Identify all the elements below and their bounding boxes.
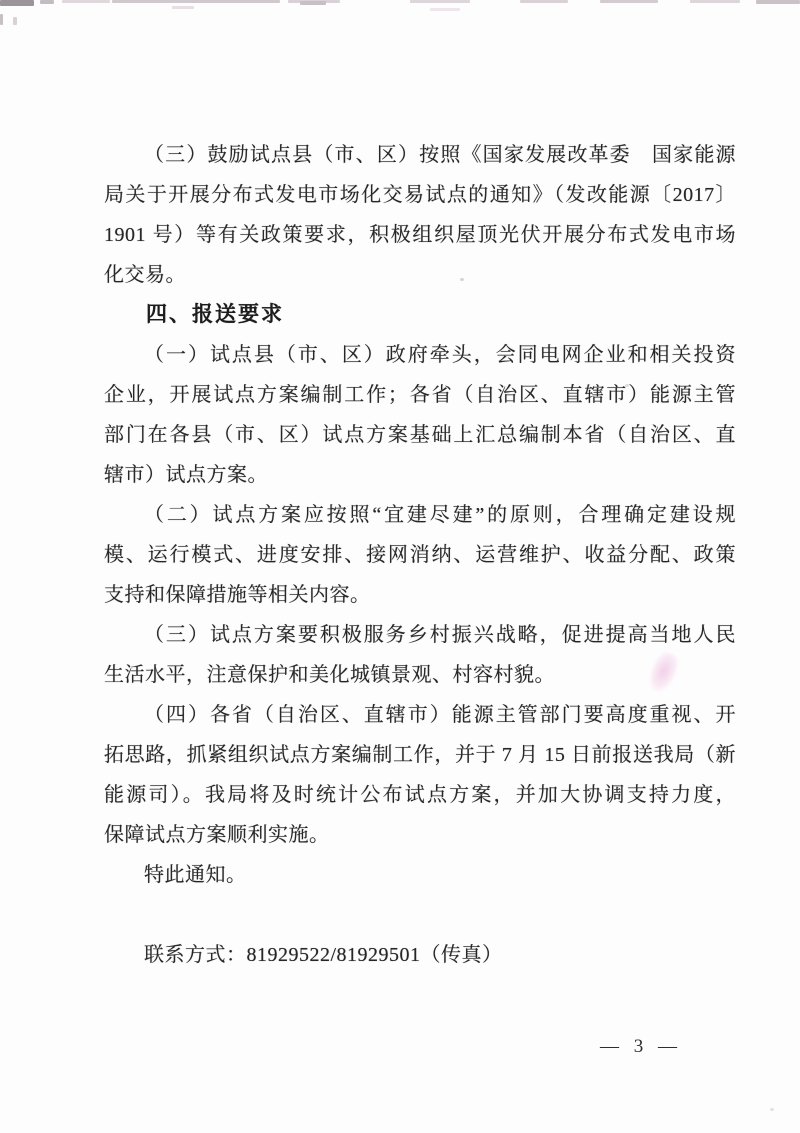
paragraph-item-4-deadline: （四）各省（自治区、直辖市）能源主管部门要高度重视、开 拓思路，抓紧组织试点方案… xyxy=(104,695,736,855)
closing-line: 特此通知。 xyxy=(104,855,736,895)
text-line: （一）试点县（市、区）政府牵头，会同电网企业和相关投资 xyxy=(104,335,736,375)
text-line: 部门在各县（市、区）试点方案基础上汇总编制本省（自治区、直 xyxy=(104,415,736,455)
scan-artifact-dash xyxy=(690,0,740,3)
scan-artifact-dash xyxy=(430,8,460,11)
text-line: 生活水平，注意保护和美化城镇景观、村容村貌。 xyxy=(104,655,736,695)
closing-notice: 特此通知。 xyxy=(104,855,736,895)
text-line: 拓思路，抓紧组织试点方案编制工作，并于 7 月 15 日前报送我局（新 xyxy=(104,735,736,775)
scan-artifact-speck xyxy=(770,1108,774,1111)
text-line: （四）各省（自治区、直辖市）能源主管部门要高度重视、开 xyxy=(104,695,736,735)
scan-artifact-dash xyxy=(288,0,340,3)
page-number: — 3 — xyxy=(600,1036,682,1058)
scan-artifact-dash xyxy=(0,0,34,6)
text-line: （二）试点方案应按照“宜建尽建”的原则，合理确定建设规 xyxy=(104,495,736,535)
scan-artifact-dash xyxy=(172,6,194,9)
section-heading-submission-requirements: 四、报送要求 xyxy=(104,295,736,335)
scan-artifact-dash xyxy=(300,1,326,5)
text-line: （三）鼓励试点县（市、区）按照《国家发展改革委 国家能源 xyxy=(104,135,736,175)
contact-info: 联系方式：81929522/81929501（传真） xyxy=(104,935,736,975)
text-line: 支持和保障措施等相关内容。 xyxy=(104,575,736,615)
scanned-document-page: （三）鼓励试点县（市、区）按照《国家发展改革委 国家能源 局关于开展分布式发电市… xyxy=(0,0,800,1133)
text-line: 化交易。 xyxy=(104,255,736,295)
scan-artifact-dash xyxy=(600,0,658,3)
scan-artifact-top-edge xyxy=(0,0,800,24)
scan-artifact-dash xyxy=(40,0,54,4)
scan-artifact-dash xyxy=(112,0,280,3)
document-body: （三）鼓励试点县（市、区）按照《国家发展改革委 国家能源 局关于开展分布式发电市… xyxy=(104,135,736,975)
paragraph-item-2-plan-principles: （二）试点方案应按照“宜建尽建”的原则，合理确定建设规 模、运行模式、进度安排、… xyxy=(104,495,736,615)
text-line: 保障试点方案顺利实施。 xyxy=(104,815,736,855)
text-line: 局关于开展分布式发电市场化交易试点的通知》（发改能源〔2017〕 xyxy=(104,175,736,215)
paragraph-item-3-encourage-trading: （三）鼓励试点县（市、区）按照《国家发展改革委 国家能源 局关于开展分布式发电市… xyxy=(104,135,736,295)
text-line: 模、运行模式、进度安排、接网消纳、运营维护、收益分配、政策 xyxy=(104,535,736,575)
text-line: 能源司）。我局将及时统计公布试点方案，并加大协调支持力度， xyxy=(104,775,736,815)
paragraph-item-1-county-lead: （一）试点县（市、区）政府牵头，会同电网企业和相关投资 企业，开展试点方案编制工… xyxy=(104,335,736,495)
scan-artifact-dash xyxy=(520,0,568,3)
scan-artifact-dash xyxy=(13,17,17,25)
text-line: 辖市）试点方案。 xyxy=(104,455,736,495)
text-line: （三）试点方案要积极服务乡村振兴战略，促进提高当地人民 xyxy=(104,615,736,655)
contact-line: 联系方式：81929522/81929501（传真） xyxy=(104,935,736,975)
scan-artifact-dash xyxy=(756,0,800,4)
scan-artifact-dash xyxy=(410,0,470,3)
text-line: 1901 号）等有关政策要求，积极组织屋顶光伏开展分布式发电市场 xyxy=(104,215,736,255)
scan-artifact-dash xyxy=(0,14,3,25)
paragraph-item-3-rural-revitalization: （三）试点方案要积极服务乡村振兴战略，促进提高当地人民 生活水平，注意保护和美化… xyxy=(104,615,736,695)
scan-artifact-dash xyxy=(62,0,110,3)
text-line: 企业，开展试点方案编制工作；各省（自治区、直辖市）能源主管 xyxy=(104,375,736,415)
